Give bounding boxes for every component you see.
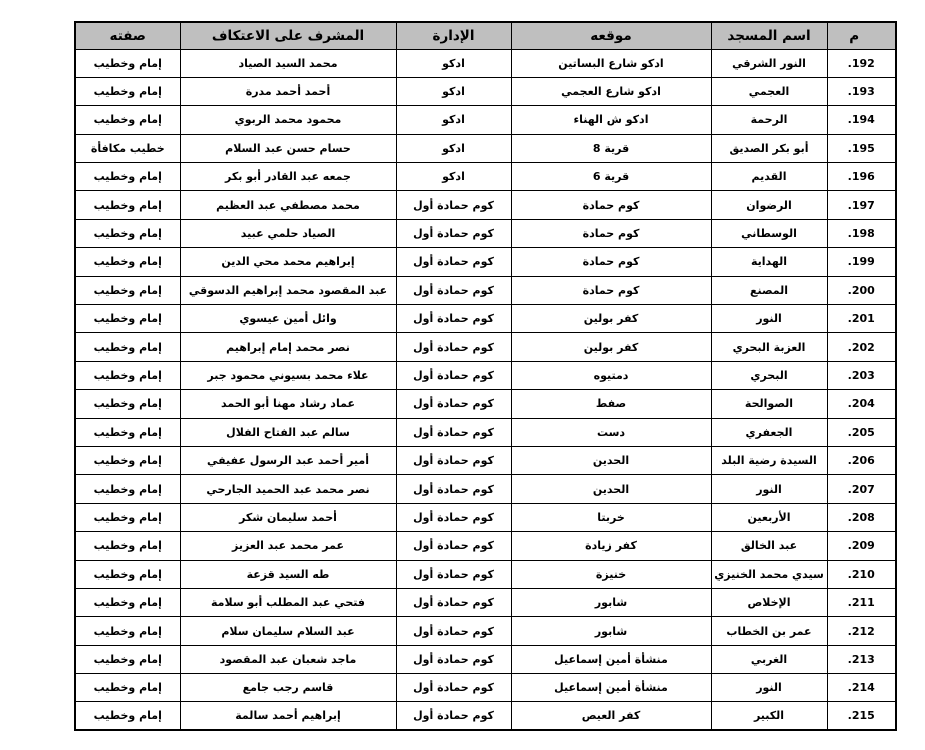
cell-location: كوم حمادة	[511, 219, 711, 247]
table-row: 197. الرضوان كوم حمادة كوم حمادة أول محم…	[75, 191, 896, 219]
cell-number: 193.	[827, 77, 896, 105]
cell-mosque-name: العزبة البحري	[711, 333, 827, 361]
cell-title: إمام وخطيب	[75, 475, 180, 503]
cell-supervisor: أمير أحمد عبد الرسول عفيفي	[180, 446, 396, 474]
cell-administration: كوم حمادة أول	[396, 219, 511, 247]
cell-administration: ادكو	[396, 106, 511, 134]
cell-supervisor: إبراهيم أحمد سالمة	[180, 702, 396, 730]
cell-location: خنيزة	[511, 560, 711, 588]
cell-title: إمام وخطيب	[75, 560, 180, 588]
cell-administration: كوم حمادة أول	[396, 276, 511, 304]
cell-location: الحدين	[511, 475, 711, 503]
cell-title: إمام وخطيب	[75, 418, 180, 446]
table-row: 192. النور الشرقي ادكو شارع البساتين ادك…	[75, 49, 896, 77]
cell-title: إمام وخطيب	[75, 191, 180, 219]
cell-administration: كوم حمادة أول	[396, 446, 511, 474]
cell-supervisor: محمود محمد الربوي	[180, 106, 396, 134]
cell-mosque-name: الغربي	[711, 645, 827, 673]
cell-number: 197.	[827, 191, 896, 219]
cell-supervisor: حسام حسن عبد السلام	[180, 134, 396, 162]
cell-supervisor: محمد مصطفي عبد العظيم	[180, 191, 396, 219]
cell-number: 207.	[827, 475, 896, 503]
cell-supervisor: عمر محمد عبد العزيز	[180, 532, 396, 560]
cell-location: دست	[511, 418, 711, 446]
cell-mosque-name: السيدة رضية البلد	[711, 446, 827, 474]
cell-title: إمام وخطيب	[75, 333, 180, 361]
table-body: 192. النور الشرقي ادكو شارع البساتين ادك…	[75, 49, 896, 730]
header-mosque-name: اسم المسجد	[711, 22, 827, 49]
table-row: 213. الغربي منشأة أمين إسماعيل كوم حمادة…	[75, 645, 896, 673]
cell-administration: ادكو	[396, 49, 511, 77]
cell-mosque-name: النور	[711, 305, 827, 333]
cell-location: صفط	[511, 390, 711, 418]
cell-number: 201.	[827, 305, 896, 333]
document-page: م اسم المسجد موقعه الإدارة المشرف على ال…	[0, 0, 925, 750]
header-supervisor: المشرف على الاعتكاف	[180, 22, 396, 49]
cell-administration: كوم حمادة أول	[396, 418, 511, 446]
table-row: 205. الجعفري دست كوم حمادة أول سالم عبد …	[75, 418, 896, 446]
header-location: موقعه	[511, 22, 711, 49]
cell-number: 206.	[827, 446, 896, 474]
cell-title: إمام وخطيب	[75, 106, 180, 134]
cell-number: 202.	[827, 333, 896, 361]
cell-title: إمام وخطيب	[75, 163, 180, 191]
cell-mosque-name: الهداية	[711, 248, 827, 276]
table-row: 195. أبو بكر الصديق قرية 8 ادكو حسام حسن…	[75, 134, 896, 162]
cell-mosque-name: عمر بن الخطاب	[711, 617, 827, 645]
table-row: 204. الصوالحة صفط كوم حمادة أول عماد رشا…	[75, 390, 896, 418]
cell-location: كوم حمادة	[511, 191, 711, 219]
cell-mosque-name: الكبير	[711, 702, 827, 730]
mosque-table: م اسم المسجد موقعه الإدارة المشرف على ال…	[74, 21, 897, 731]
cell-administration: ادكو	[396, 77, 511, 105]
cell-number: 192.	[827, 49, 896, 77]
table-row: 206. السيدة رضية البلد الحدين كوم حمادة …	[75, 446, 896, 474]
cell-title: إمام وخطيب	[75, 674, 180, 702]
table-row: 209. عبد الخالق كفر زيادة كوم حمادة أول …	[75, 532, 896, 560]
cell-location: كفر بولين	[511, 305, 711, 333]
cell-supervisor: عبد المقصود محمد إبراهيم الدسوقي	[180, 276, 396, 304]
cell-supervisor: ماجد شعبان عبد المقصود	[180, 645, 396, 673]
cell-administration: كوم حمادة أول	[396, 588, 511, 616]
table-row: 212. عمر بن الخطاب شابور كوم حمادة أول ع…	[75, 617, 896, 645]
cell-supervisor: جمعه عبد القادر أبو بكر	[180, 163, 396, 191]
cell-location: ادكو شارع العجمي	[511, 77, 711, 105]
cell-location: كوم حمادة	[511, 276, 711, 304]
cell-administration: كوم حمادة أول	[396, 248, 511, 276]
table-row: 200. المصنع كوم حمادة كوم حمادة أول عبد …	[75, 276, 896, 304]
cell-location: شابور	[511, 588, 711, 616]
cell-mosque-name: أبو بكر الصديق	[711, 134, 827, 162]
table-row: 210. سيدي محمد الخنيزي خنيزة كوم حمادة أ…	[75, 560, 896, 588]
cell-title: إمام وخطيب	[75, 390, 180, 418]
cell-number: 194.	[827, 106, 896, 134]
cell-title: إمام وخطيب	[75, 361, 180, 389]
cell-administration: كوم حمادة أول	[396, 333, 511, 361]
cell-supervisor: علاء محمد بسيوني محمود جبر	[180, 361, 396, 389]
cell-title: إمام وخطيب	[75, 503, 180, 531]
cell-title: خطيب مكافأة	[75, 134, 180, 162]
table-row: 211. الإخلاص شابور كوم حمادة أول فتحي عب…	[75, 588, 896, 616]
cell-administration: كوم حمادة أول	[396, 361, 511, 389]
cell-number: 199.	[827, 248, 896, 276]
cell-location: قرية 8	[511, 134, 711, 162]
table-row: 198. الوسطاني كوم حمادة كوم حمادة أول ال…	[75, 219, 896, 247]
cell-title: إمام وخطيب	[75, 276, 180, 304]
cell-number: 198.	[827, 219, 896, 247]
cell-supervisor: إبراهيم محمد محي الدين	[180, 248, 396, 276]
cell-supervisor: نصر محمد عبد الحميد الجارحي	[180, 475, 396, 503]
cell-number: 210.	[827, 560, 896, 588]
cell-location: كفر زيادة	[511, 532, 711, 560]
cell-administration: ادكو	[396, 134, 511, 162]
cell-location: منشأة أمين إسماعيل	[511, 674, 711, 702]
cell-supervisor: فتحي عبد المطلب أبو سلامة	[180, 588, 396, 616]
cell-title: إمام وخطيب	[75, 219, 180, 247]
cell-mosque-name: الصوالحة	[711, 390, 827, 418]
cell-location: كوم حمادة	[511, 248, 711, 276]
cell-location: كفر بولين	[511, 333, 711, 361]
cell-mosque-name: الرحمة	[711, 106, 827, 134]
cell-supervisor: نصر محمد إمام إبراهيم	[180, 333, 396, 361]
table-header-row: م اسم المسجد موقعه الإدارة المشرف على ال…	[75, 22, 896, 49]
table-row: 193. العجمي ادكو شارع العجمي ادكو أحمد أ…	[75, 77, 896, 105]
cell-administration: كوم حمادة أول	[396, 390, 511, 418]
cell-location: ادكو ش الهناء	[511, 106, 711, 134]
cell-title: إمام وخطيب	[75, 305, 180, 333]
table-row: 215. الكبير كفر العيص كوم حمادة أول إبرا…	[75, 702, 896, 730]
cell-mosque-name: القديم	[711, 163, 827, 191]
cell-supervisor: أحمد أحمد مدرة	[180, 77, 396, 105]
table-row: 214. النور منشأة أمين إسماعيل كوم حمادة …	[75, 674, 896, 702]
cell-number: 200.	[827, 276, 896, 304]
table-row: 207. النور الحدين كوم حمادة أول نصر محمد…	[75, 475, 896, 503]
cell-administration: كوم حمادة أول	[396, 702, 511, 730]
cell-number: 208.	[827, 503, 896, 531]
cell-number: 205.	[827, 418, 896, 446]
cell-title: إمام وخطيب	[75, 645, 180, 673]
cell-supervisor: محمد السيد الصياد	[180, 49, 396, 77]
cell-mosque-name: الوسطاني	[711, 219, 827, 247]
cell-location: قرية 6	[511, 163, 711, 191]
cell-location: ادكو شارع البساتين	[511, 49, 711, 77]
cell-administration: كوم حمادة أول	[396, 532, 511, 560]
cell-mosque-name: الرضوان	[711, 191, 827, 219]
cell-administration: كوم حمادة أول	[396, 560, 511, 588]
cell-number: 214.	[827, 674, 896, 702]
cell-mosque-name: الجعفري	[711, 418, 827, 446]
cell-mosque-name: النور	[711, 674, 827, 702]
cell-number: 204.	[827, 390, 896, 418]
cell-number: 211.	[827, 588, 896, 616]
cell-mosque-name: البحري	[711, 361, 827, 389]
cell-number: 212.	[827, 617, 896, 645]
table-row: 196. القديم قرية 6 ادكو جمعه عبد القادر …	[75, 163, 896, 191]
cell-number: 195.	[827, 134, 896, 162]
cell-title: إمام وخطيب	[75, 532, 180, 560]
cell-supervisor: الصياد حلمي عبيد	[180, 219, 396, 247]
cell-number: 215.	[827, 702, 896, 730]
table-row: 194. الرحمة ادكو ش الهناء ادكو محمود محم…	[75, 106, 896, 134]
cell-administration: كوم حمادة أول	[396, 191, 511, 219]
cell-administration: كوم حمادة أول	[396, 645, 511, 673]
cell-location: كفر العيص	[511, 702, 711, 730]
cell-title: إمام وخطيب	[75, 49, 180, 77]
cell-supervisor: طه السيد قزعة	[180, 560, 396, 588]
cell-title: إمام وخطيب	[75, 588, 180, 616]
cell-title: إمام وخطيب	[75, 702, 180, 730]
cell-mosque-name: النور	[711, 475, 827, 503]
header-administration: الإدارة	[396, 22, 511, 49]
cell-title: إمام وخطيب	[75, 248, 180, 276]
cell-number: 209.	[827, 532, 896, 560]
cell-supervisor: سالم عبد الفتاح الفلال	[180, 418, 396, 446]
cell-administration: كوم حمادة أول	[396, 305, 511, 333]
cell-mosque-name: المصنع	[711, 276, 827, 304]
table-row: 199. الهداية كوم حمادة كوم حمادة أول إبر…	[75, 248, 896, 276]
cell-number: 213.	[827, 645, 896, 673]
table-row: 202. العزبة البحري كفر بولين كوم حمادة أ…	[75, 333, 896, 361]
cell-location: الحدين	[511, 446, 711, 474]
cell-supervisor: عماد رشاد مهنا أبو الحمد	[180, 390, 396, 418]
cell-location: شابور	[511, 617, 711, 645]
cell-mosque-name: الأربعين	[711, 503, 827, 531]
cell-location: منشأة أمين إسماعيل	[511, 645, 711, 673]
cell-mosque-name: الإخلاص	[711, 588, 827, 616]
cell-mosque-name: النور الشرقي	[711, 49, 827, 77]
cell-title: إمام وخطيب	[75, 77, 180, 105]
cell-title: إمام وخطيب	[75, 446, 180, 474]
cell-supervisor: وائل أمين عيسوي	[180, 305, 396, 333]
cell-location: دمتيوه	[511, 361, 711, 389]
cell-supervisor: أحمد سليمان شكر	[180, 503, 396, 531]
table-row: 208. الأربعين خربتا كوم حمادة أول أحمد س…	[75, 503, 896, 531]
cell-number: 196.	[827, 163, 896, 191]
cell-supervisor: قاسم رجب جامع	[180, 674, 396, 702]
cell-mosque-name: سيدي محمد الخنيزي	[711, 560, 827, 588]
table-row: 203. البحري دمتيوه كوم حمادة أول علاء مح…	[75, 361, 896, 389]
table-row: 201. النور كفر بولين كوم حمادة أول وائل …	[75, 305, 896, 333]
cell-administration: كوم حمادة أول	[396, 503, 511, 531]
cell-supervisor: عبد السلام سليمان سلام	[180, 617, 396, 645]
cell-administration: ادكو	[396, 163, 511, 191]
header-title: صفته	[75, 22, 180, 49]
header-number: م	[827, 22, 896, 49]
cell-administration: كوم حمادة أول	[396, 475, 511, 503]
cell-number: 203.	[827, 361, 896, 389]
cell-mosque-name: العجمي	[711, 77, 827, 105]
cell-mosque-name: عبد الخالق	[711, 532, 827, 560]
cell-administration: كوم حمادة أول	[396, 674, 511, 702]
cell-administration: كوم حمادة أول	[396, 617, 511, 645]
cell-title: إمام وخطيب	[75, 617, 180, 645]
cell-location: خربتا	[511, 503, 711, 531]
